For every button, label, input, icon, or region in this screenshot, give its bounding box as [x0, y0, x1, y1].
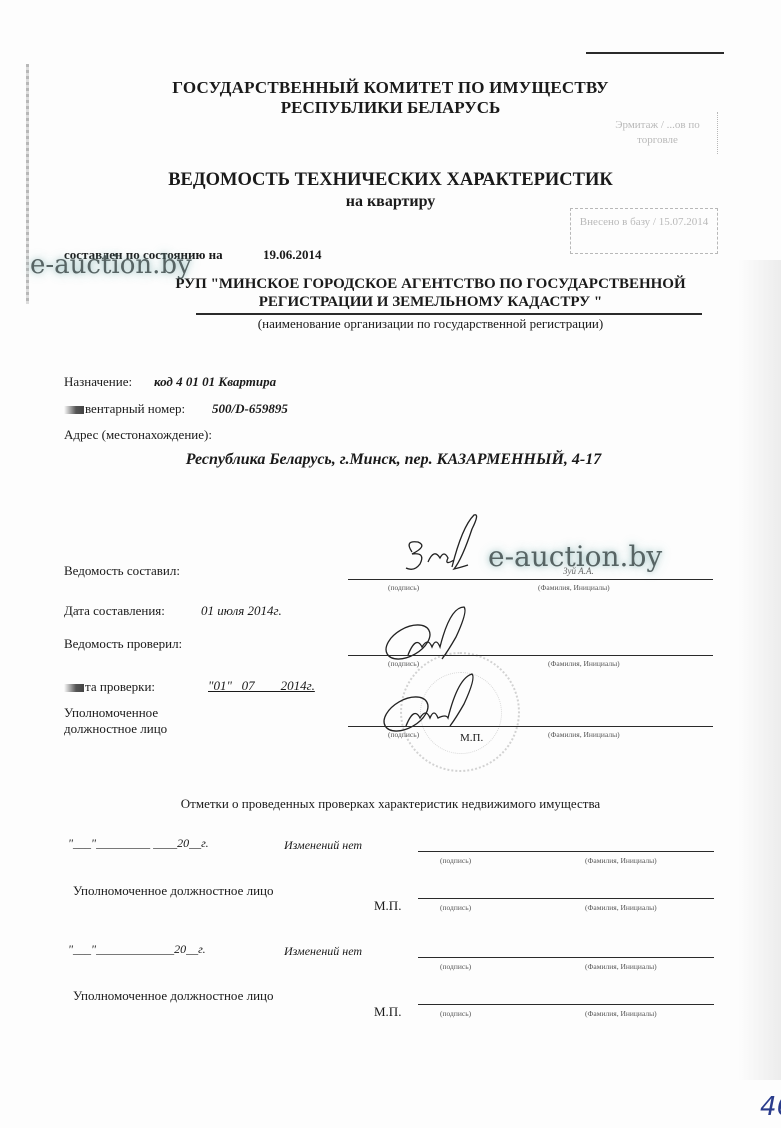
caption-signature: (подпись) — [440, 1009, 471, 1018]
check-entry-1-status: Изменений нет — [284, 838, 362, 853]
official-signature-line — [348, 726, 713, 727]
faded-stamp-top: Эрмитаж / ...ов по торговле — [598, 112, 718, 154]
check-entry-2-date: "___"_____________20__г. — [68, 942, 206, 957]
header-line-1: ГОСУДАРСТВЕННЫЙ КОМИТЕТ ПО ИМУЩЕСТВУ — [0, 78, 781, 98]
caption-name: (Фамилия, Инициалы) — [585, 962, 657, 971]
caption-signature: (подпись) — [388, 659, 419, 668]
registry-stamp: Внесено в базу / 15.07.2014 — [570, 208, 718, 254]
check-date-value: "01" 07 2014г. — [208, 678, 315, 694]
organization-line-1: РУП "МИНСКОЕ ГОРОДСКОЕ АГЕНТСТВО ПО ГОСУ… — [0, 276, 781, 293]
inventory-value: 500/D-659895 — [212, 401, 288, 417]
redaction-mark — [64, 406, 84, 414]
caption-signature: (подпись) — [440, 856, 471, 865]
check-entry-1-line — [418, 851, 714, 852]
caption-signature: (подпись) — [440, 962, 471, 971]
organization-line-2: РЕГИСТРАЦИИ И ЗЕМЕЛЬНОМУ КАДАСТРУ " — [0, 294, 781, 311]
compiled-by-label: Ведомость составил: — [64, 563, 180, 579]
top-rule — [586, 52, 724, 54]
document-page: ГОСУДАРСТВЕННЫЙ КОМИТЕТ ПО ИМУЩЕСТВУ РЕС… — [0, 0, 781, 1128]
page-number: 46 — [760, 1092, 781, 1122]
check-entry-2-official-line — [418, 1004, 714, 1005]
checks-section-title: Отметки о проведенных проверках характер… — [0, 796, 781, 812]
compiler-signature-line — [348, 579, 713, 580]
redaction-mark — [64, 684, 84, 692]
stated-date: 19.06.2014 — [263, 247, 322, 263]
scan-shadow — [738, 260, 781, 1080]
caption-name: (Фамилия, Инициалы) — [585, 856, 657, 865]
check-entry-1-official: Уполномоченное должностное лицо — [73, 883, 274, 899]
caption-name: (Фамилия, Инициалы) — [585, 1009, 657, 1018]
stamp-place: М.П. — [460, 732, 483, 744]
check-entry-1-stamp-place: М.П. — [374, 898, 401, 914]
date-compiled-label: Дата составления: — [64, 603, 165, 619]
organization-rule — [196, 313, 702, 315]
check-entry-2-official: Уполномоченное должностное лицо — [73, 988, 274, 1004]
check-entry-2-line — [418, 957, 714, 958]
caption-name: (Фамилия, Инициалы) — [585, 903, 657, 912]
purpose-label: Назначение: — [64, 374, 132, 390]
caption-name: (Фамилия, Инициалы) — [548, 659, 620, 668]
official-label-1: Уполномоченное — [64, 705, 158, 721]
check-entry-2-stamp-place: М.П. — [374, 1004, 401, 1020]
check-entry-2-status: Изменений нет — [284, 944, 362, 959]
address-value: Республика Беларусь, г.Минск, пер. КАЗАР… — [0, 451, 781, 469]
compiler-name: Зуй А.А. — [563, 566, 594, 576]
organization-caption: (наименование организации по государстве… — [0, 316, 781, 332]
date-compiled-value: 01 июля 2014г. — [201, 603, 282, 619]
caption-name: (Фамилия, Инициалы) — [548, 730, 620, 739]
check-date-label: та проверки: — [85, 679, 155, 694]
caption-signature: (подпись) — [440, 903, 471, 912]
signature-compiler — [372, 512, 492, 582]
inventory-label-wrap: вентарный номер: — [64, 401, 185, 417]
checker-signature-line — [348, 655, 713, 656]
official-label-2: должностное лицо — [64, 721, 167, 737]
inventory-label: вентарный номер: — [85, 401, 185, 416]
caption-signature: (подпись) — [388, 583, 419, 592]
check-entry-1-official-line — [418, 898, 714, 899]
caption-name: (Фамилия, Инициалы) — [538, 583, 610, 592]
document-title: ВЕДОМОСТЬ ТЕХНИЧЕСКИХ ХАРАКТЕРИСТИК — [0, 170, 781, 191]
address-label: Адрес (местонахождение): — [64, 427, 212, 443]
check-entry-1-date: "___"_________ ____20__г. — [68, 836, 209, 851]
purpose-value: код 4 01 01 Квартира — [154, 374, 276, 390]
check-date-label-wrap: та проверки: — [64, 679, 155, 695]
caption-signature: (подпись) — [388, 730, 419, 739]
checked-by-label: Ведомость проверил: — [64, 636, 182, 652]
